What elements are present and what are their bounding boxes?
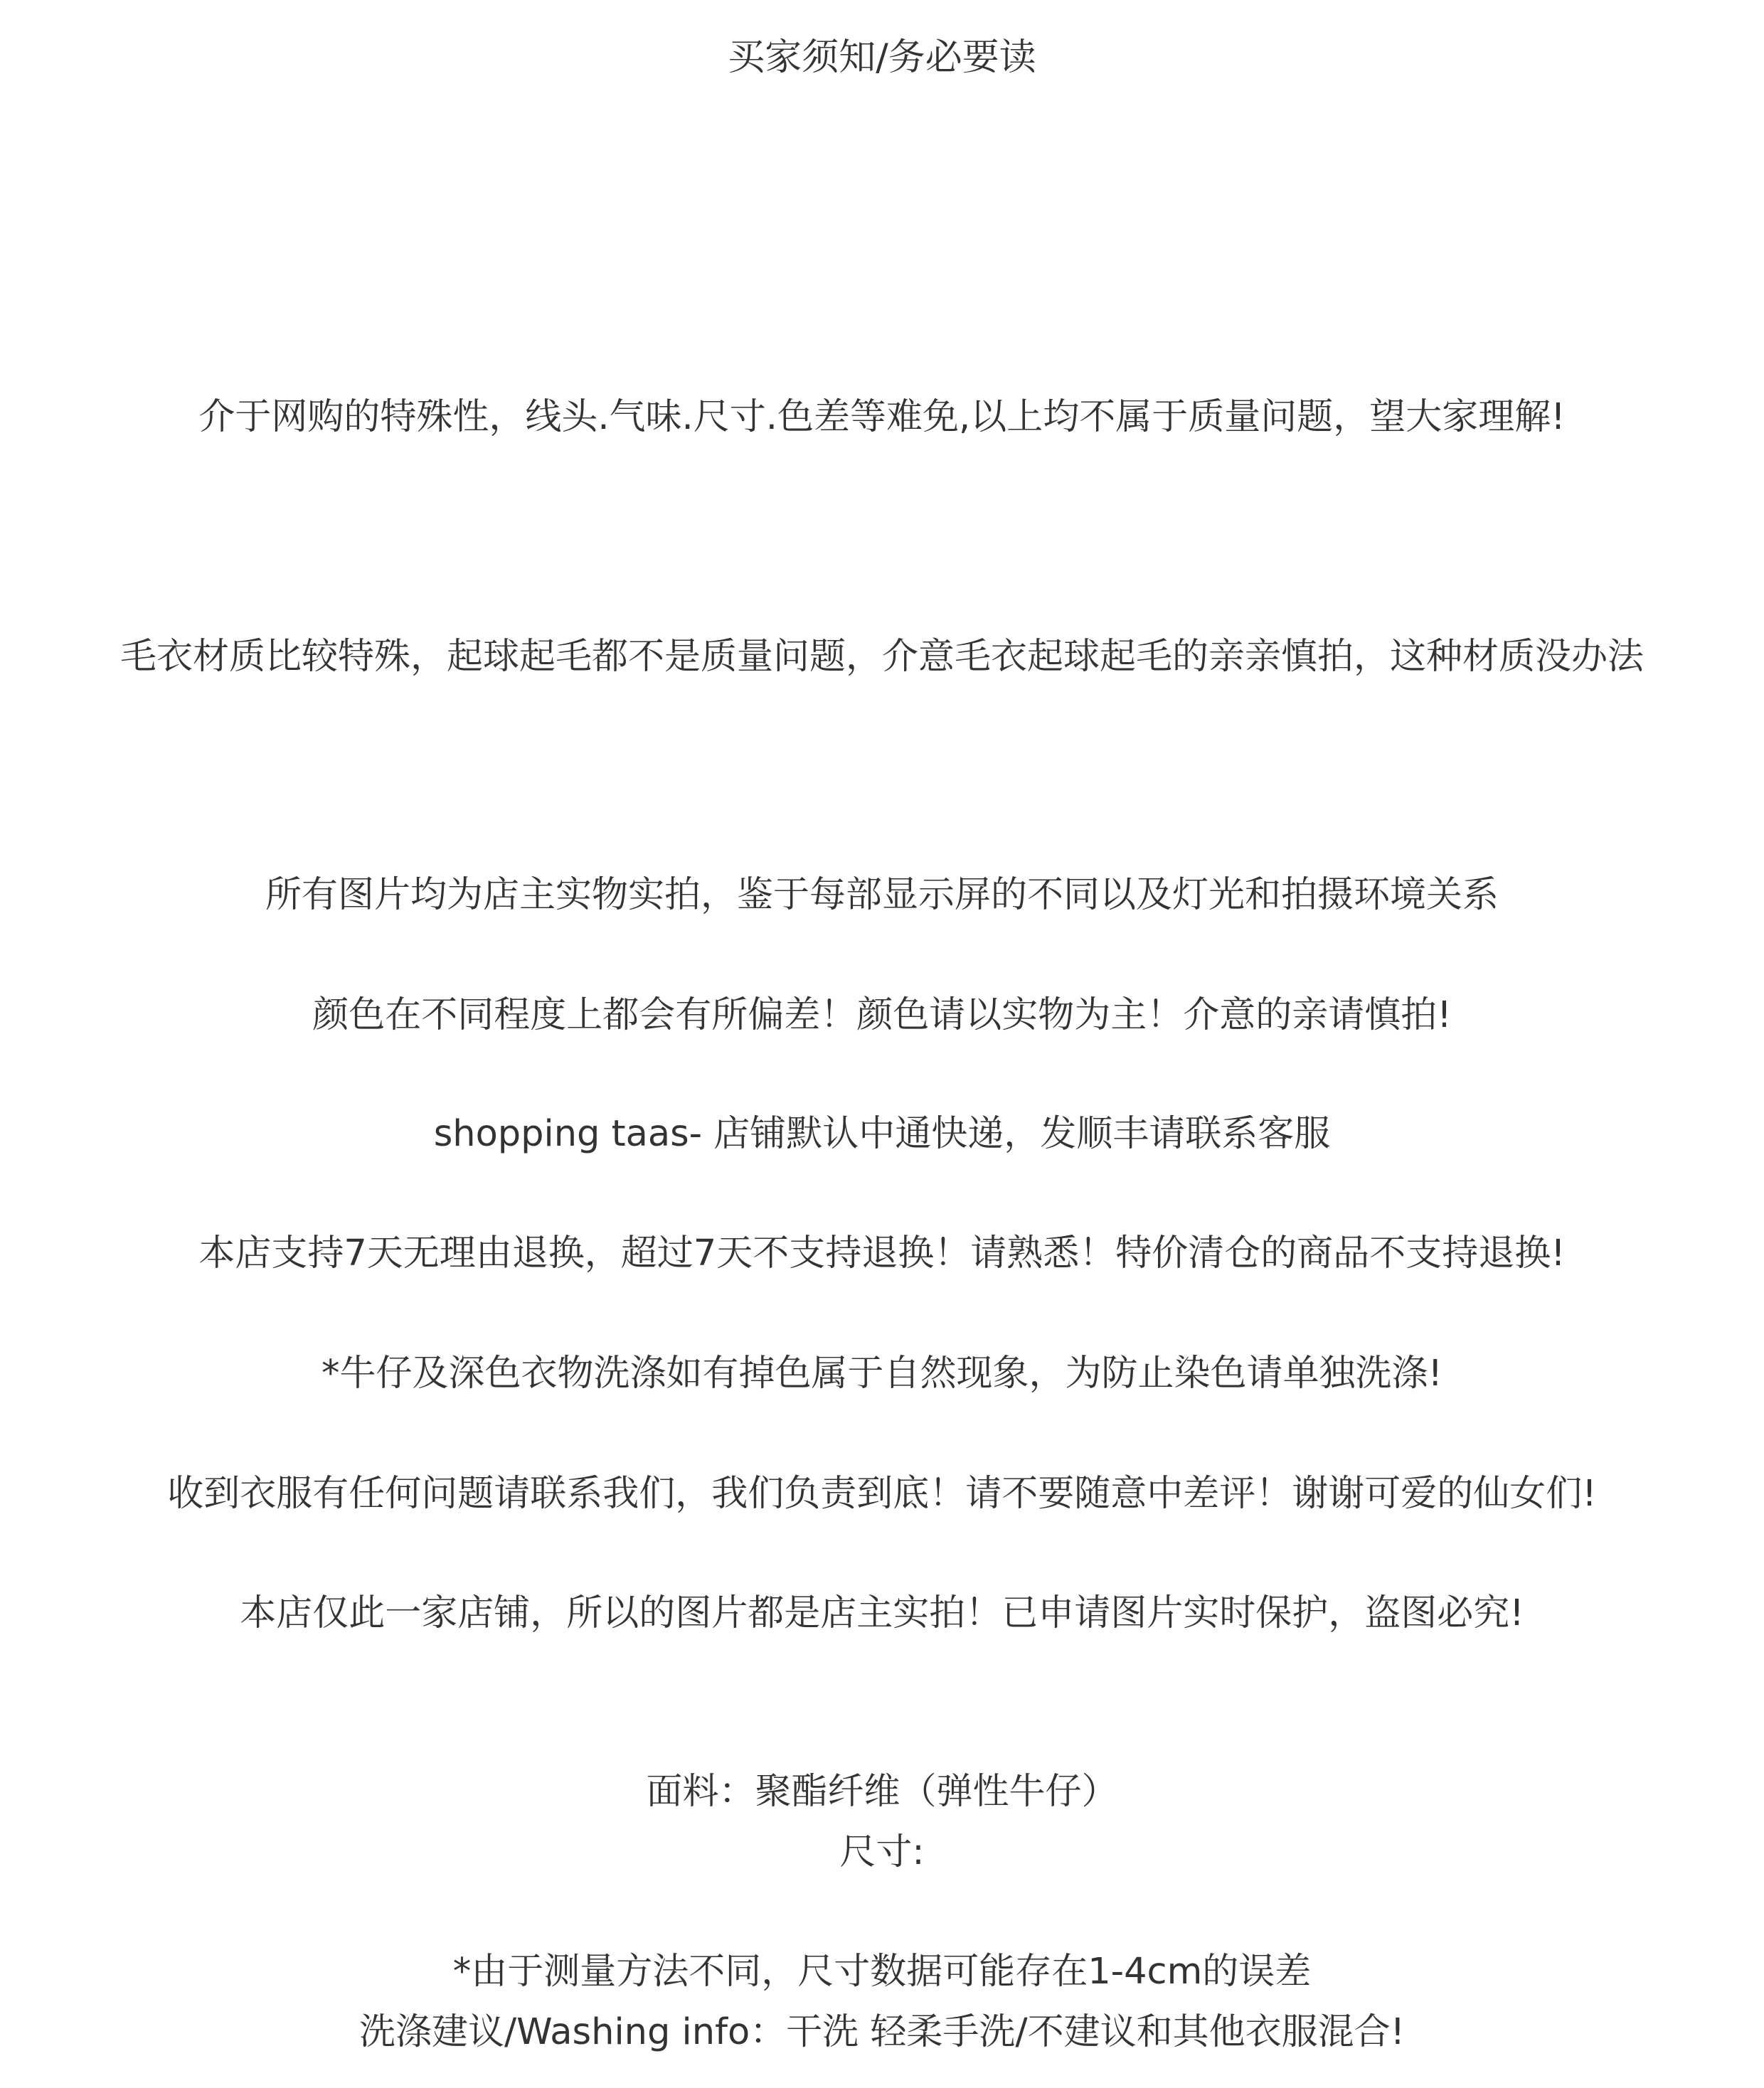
page-title: 买家须知/务必要读: [0, 35, 1764, 80]
notice-shipping: shopping taas- 店铺默认中通快递，发顺丰请联系客服: [0, 1112, 1764, 1157]
notice-color-difference: 颜色在不同程度上都会有所偏差！颜色请以实物为主！介意的亲请慎拍!: [0, 993, 1764, 1038]
notice-denim-washing: *牛仔及深色衣物洗涤如有掉色属于自然现象，为防止染色请单独洗涤!: [0, 1351, 1764, 1397]
notice-online-shopping: 介于网购的特殊性，线头.气味.尺寸.色差等难免,以上均不属于质量问题，望大家理解…: [0, 395, 1764, 440]
notice-contact-us: 收到衣服有任何问题请联系我们，我们负责到底！请不要随意中差评！谢谢可爱的仙女们!: [0, 1471, 1764, 1517]
product-size-note: *由于测量方法不同，尺寸数据可能存在1-4cm的误差: [0, 1949, 1764, 1995]
product-washing-info: 洗涤建议/Washing info：干洗 轻柔手洗/不建议和其他衣服混合!: [0, 2010, 1764, 2055]
product-fabric: 面料：聚酯纤维（弹性牛仔）: [0, 1769, 1764, 1815]
notice-photo-protection: 本店仅此一家店铺，所以的图片都是店主实拍！已申请图片实时保护，盗图必究!: [0, 1591, 1764, 1636]
notice-sweater-pilling: 毛衣材质比较特殊，起球起毛都不是质量问题，介意毛衣起球起毛的亲亲慎拍，这种材质没…: [0, 634, 1764, 680]
notice-returns: 本店支持7天无理由退换，超过7天不支持退换！请熟悉！特价清仓的商品不支持退换!: [0, 1231, 1764, 1277]
notice-real-photos: 所有图片均为店主实物实拍，鉴于每部显示屏的不同以及灯光和拍摄环境关系: [0, 873, 1764, 918]
product-size-label: 尺寸:: [0, 1830, 1764, 1875]
